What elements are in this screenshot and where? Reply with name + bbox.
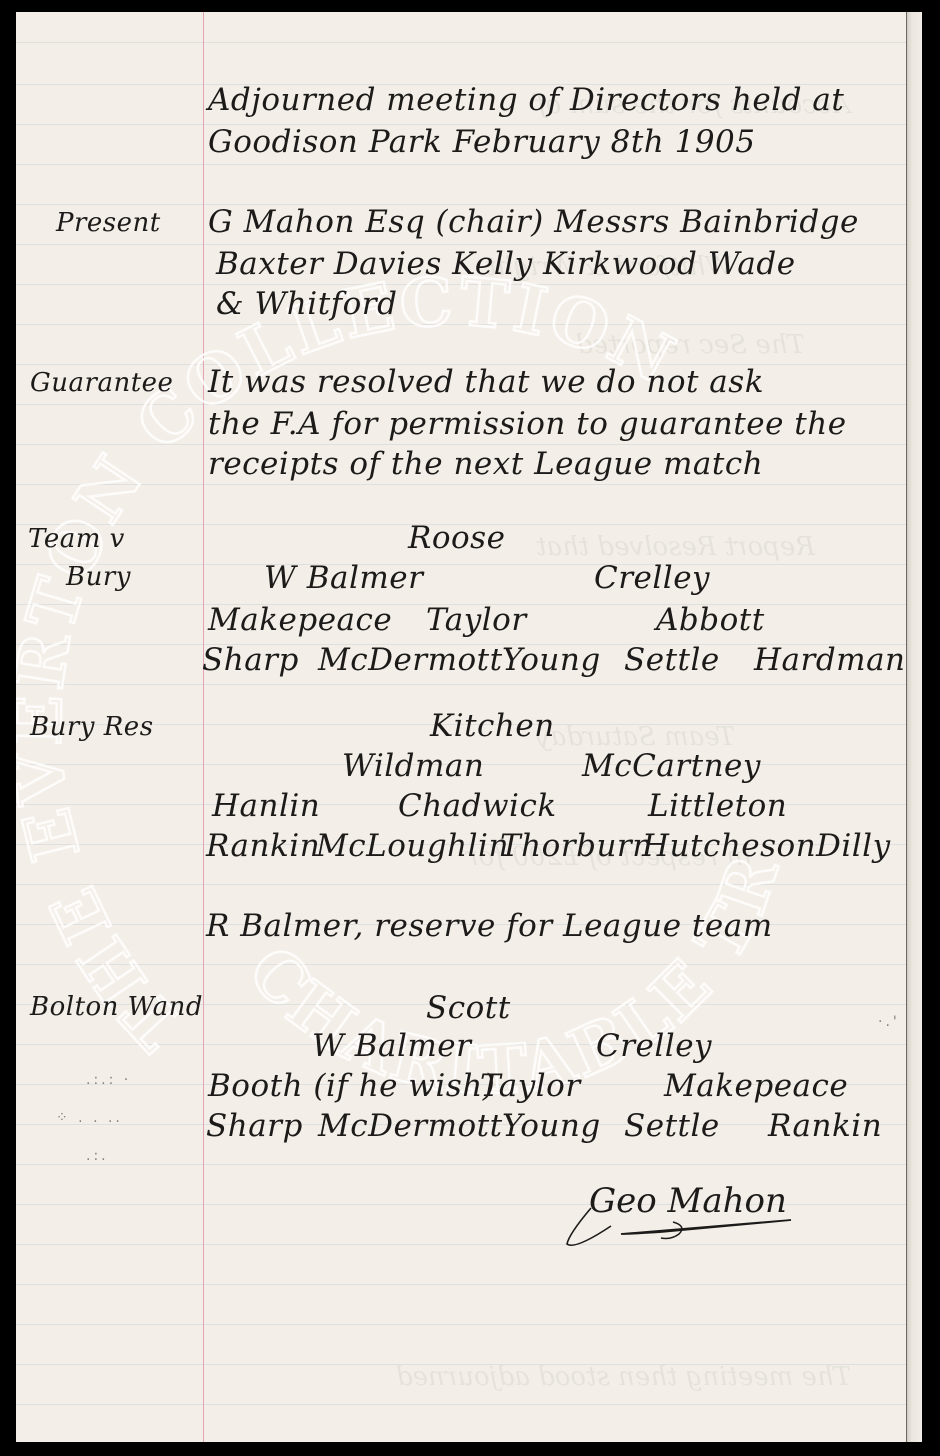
- bolton-team-half-back: Makepeace: [664, 1068, 848, 1104]
- bolton-team-half-back: Booth (if he wish): [208, 1068, 495, 1104]
- reserves-forward: Hutcheson: [642, 828, 816, 864]
- ruled-line: [16, 164, 906, 165]
- margin-label-bury: Bury: [66, 562, 131, 592]
- ledger-page: Accounts for the sum of Whitford & Wrigh…: [16, 12, 906, 1442]
- meeting-heading-line-2: Goodison Park February 8th 1905: [208, 124, 756, 160]
- red-margin-line: [203, 12, 204, 1442]
- bolton-team-forward: McDermott: [318, 1108, 503, 1144]
- bolton-team-goalkeeper: Scott: [426, 990, 511, 1026]
- ink-smudge: ⁘ . . ..: [56, 1110, 123, 1126]
- ruled-line: [16, 244, 906, 245]
- ruled-line: [16, 324, 906, 325]
- ink-smudge: .:.: ·: [86, 1072, 131, 1088]
- ruled-line: [16, 884, 906, 885]
- bolton-team-back: Crelley: [596, 1028, 712, 1064]
- bolton-team-half-back: Taylor: [480, 1068, 581, 1104]
- margin-label-present: Present: [56, 208, 161, 238]
- reserves-back: McCartney: [582, 748, 761, 784]
- ink-smudge: ·.': [878, 1014, 900, 1030]
- reserves-back: Wildman: [342, 748, 484, 784]
- ruled-line: [16, 284, 906, 285]
- margin-label-bury-res: Bury Res: [30, 712, 154, 742]
- bleed-through-text: Report Resolved that: [536, 532, 815, 562]
- ruled-line: [16, 444, 906, 445]
- bury-team-forward: Settle: [624, 642, 720, 678]
- ruled-line: [16, 964, 906, 965]
- margin-label-guarantee: Guarantee: [30, 368, 173, 398]
- reserves-forward: McLoughlin: [316, 828, 509, 864]
- signature-text: Geo Mahon: [589, 1181, 787, 1221]
- reserves-half-back: Hanlin: [212, 788, 320, 824]
- reserves-forward: Dilly: [816, 828, 891, 864]
- bury-team-forward: Young: [502, 642, 601, 678]
- reserves-forward: Rankin: [206, 828, 320, 864]
- ruled-line: [16, 1404, 906, 1405]
- present-line-2: Baxter Davies Kelly Kirkwood Wade: [216, 246, 796, 282]
- reserve-note: R Balmer, reserve for League team: [206, 908, 773, 944]
- bolton-team-forward: Settle: [624, 1108, 720, 1144]
- guarantee-line-1: It was resolved that we do not ask: [208, 364, 764, 400]
- reserves-goalkeeper: Kitchen: [430, 708, 555, 744]
- bolton-team-forward: Sharp: [206, 1108, 303, 1144]
- bury-team-forward: McDermott: [318, 642, 503, 678]
- bury-team-forward: Sharp: [202, 642, 299, 678]
- reserves-half-back: Littleton: [648, 788, 787, 824]
- ink-smudge: .:.: [86, 1148, 109, 1164]
- guarantee-line-3: receipts of the next League match: [208, 446, 763, 482]
- bury-team-half-back: Taylor: [426, 602, 527, 638]
- bleed-through-text: The meeting then stood adjourned: [396, 1362, 851, 1392]
- ruled-line: [16, 1284, 906, 1285]
- ruled-line: [16, 684, 906, 685]
- bolton-team-forward: Young: [502, 1108, 601, 1144]
- ruled-line: [16, 404, 906, 405]
- bury-team-forward: Hardman: [754, 642, 906, 678]
- margin-label-bolton-wand: Bolton Wand: [30, 992, 203, 1022]
- bury-team-half-back: Abbott: [656, 602, 765, 638]
- bury-team-half-back: Makepeace: [208, 602, 392, 638]
- bury-team-back: W Balmer: [264, 560, 423, 596]
- bury-team-goalkeeper: Roose: [408, 520, 505, 556]
- page-gutter: [906, 12, 922, 1442]
- reserves-half-back: Chadwick: [398, 788, 557, 824]
- bolton-team-forward: Rankin: [768, 1108, 882, 1144]
- chairman-signature: Geo Mahon: [561, 1172, 821, 1252]
- ruled-line: [16, 1164, 906, 1165]
- present-line-3: & Whitford: [216, 286, 397, 322]
- ruled-line: [16, 42, 906, 43]
- reserves-forward: Thorburn: [500, 828, 653, 864]
- page-edge: [906, 12, 907, 1442]
- ruled-line: [16, 484, 906, 485]
- present-line-1: G Mahon Esq (chair) Messrs Bainbridge: [208, 204, 859, 240]
- guarantee-line-2: the F.A for permission to guarantee the: [208, 406, 847, 442]
- ruled-line: [16, 564, 906, 565]
- bury-team-back: Crelley: [594, 560, 710, 596]
- ruled-line: [16, 1324, 906, 1325]
- bolton-team-back: W Balmer: [312, 1028, 471, 1064]
- margin-label-team-v: Team v: [28, 524, 125, 554]
- meeting-heading-line-1: Adjourned meeting of Directors held at: [208, 82, 844, 118]
- bleed-through-text: The Sec reported: [576, 330, 805, 360]
